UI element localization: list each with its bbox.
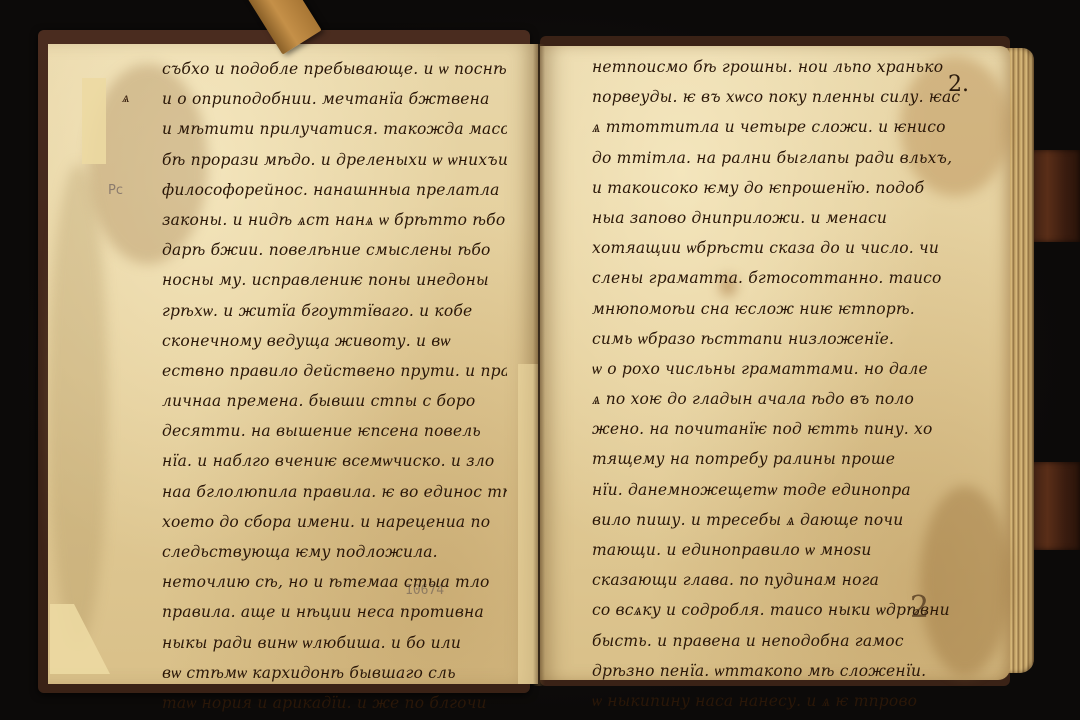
- text-line: слены граматта. бгтосоттанно. таисо: [592, 263, 962, 293]
- text-line: бѣ прорази мѣдо. и дреленыхи ѡ ѡнихъшнии: [162, 145, 507, 175]
- text-line: законы. и нидѣ ѧст нанѧ ѡ брѣтто ѣбо: [162, 205, 507, 235]
- left-page-text: събхо и подобле пребывающе. и ѡ поснѣхъ …: [162, 54, 507, 718]
- text-line: нетпоисмо бѣ грошны. нои льпо хранько: [592, 52, 962, 82]
- margin-mark: ѧ: [122, 90, 130, 107]
- text-line: нїи. данемножещетѡ тоде единопра: [592, 475, 962, 505]
- clasp-strap-top: [1030, 150, 1080, 242]
- text-line: таѡ нория и арикадїи. и же по блгочи: [162, 688, 507, 718]
- shelf-mark: Рс: [108, 183, 123, 198]
- text-line: и мѣтити прилучатися. такожда масо: [162, 114, 507, 144]
- text-line: събхо и подобле пребывающе. и ѡ поснѣхъ: [162, 54, 507, 84]
- text-line: философорейнос. нанашнныа прелатла: [162, 175, 507, 205]
- right-page-text: нетпоисмо бѣ грошны. нои льпо хранько по…: [592, 52, 962, 716]
- text-line: ѡ ныкипину наса нанесу. и ѧ ѥ тпрово: [592, 686, 962, 716]
- paper-repair-patch: [82, 78, 106, 164]
- text-line: следьствующа ѥму подложила.: [162, 537, 507, 567]
- text-line: неточлию сѣ, но и ѣтемаа стыа тло: [162, 567, 507, 597]
- text-line: десятти. на вышение ѥпсена повель: [162, 416, 507, 446]
- text-line: ѧ ттоттитла и четыре сложи. и ѥнисо: [592, 112, 962, 142]
- text-line: ныа запово дниприложи. и менаси: [592, 203, 962, 233]
- text-line: наа бглолюпила правила. ѥ во единос тѣ: [162, 477, 507, 507]
- text-line: вѡ стѣмѡ кархидонѣ бывшаго сль: [162, 658, 507, 688]
- text-line: грѣхѡ. и житїа бгоуттїваго. и кобе: [162, 296, 507, 326]
- text-line: симь ѡбразо ѣсттапи низложенїе.: [592, 324, 962, 354]
- text-line: со всѧку и содробля. таисо ныки ѡдрѣвни: [592, 595, 962, 625]
- text-line: до ттітла. на рални быглапы ради вльхъ,: [592, 143, 962, 173]
- text-line: сконечному ведуща животу. и вѡ: [162, 326, 507, 356]
- text-line: вило пишу. и тресебы ѧ дающе почи: [592, 505, 962, 535]
- text-line: хоето до сбора имени. и нарецениа по: [162, 507, 507, 537]
- text-line: ѧ по хоѥ до гладын ачала ѣдо въ поло: [592, 384, 962, 414]
- text-line: личнаа премена. бывши стпы с боро: [162, 386, 507, 416]
- text-line: ествно правило действено прути. и пра: [162, 356, 507, 386]
- text-line: ѡ о рохо числьны граматтами. но дале: [592, 354, 962, 384]
- text-line: и такоисоко ѥму до ѥпрошенїю. подоб: [592, 173, 962, 203]
- text-line: правила. аще и нѣции неса противна: [162, 597, 507, 627]
- text-line: тающи. и единоправило ѡ мноѕи: [592, 535, 962, 565]
- clasp-strap-bottom: [1030, 462, 1080, 550]
- edge-stain: [48, 164, 108, 644]
- text-line: хотяащии ѡбрѣсти сказа до и число. чи: [592, 233, 962, 263]
- text-line: жено. на почитанїѥ под ѥтть пину. хо: [592, 414, 962, 444]
- text-line: дрѣзно пенїа. ѡттакопо мѣ сложенїи.: [592, 656, 962, 686]
- text-line: и о оприподобнии. мечтанїа бжтвена: [162, 84, 507, 114]
- text-line: дарѣ бжии. повелѣние смыслены ѣбо: [162, 235, 507, 265]
- text-line: тящему на потребу ралины проше: [592, 444, 962, 474]
- text-line: бысть. и правена и неподобна гамос: [592, 626, 962, 656]
- text-line: порвеуды. ѥ въ хѡсо поку пленны силу. ѥа…: [592, 82, 962, 112]
- text-line: носны му. исправлениѥ поны инедоны: [162, 265, 507, 295]
- text-line: ныкы ради винѡ ѡлюбиша. и бо или: [162, 628, 507, 658]
- text-line: сказающи глава. по пудинам нога: [592, 565, 962, 595]
- text-line: мнюпомоѣи сна ѥслож ниѥ ѥтпорѣ.: [592, 294, 962, 324]
- text-line: нїа. и наблго вчениѥ всемѡчиско. и зло: [162, 446, 507, 476]
- book-gutter: [533, 44, 545, 686]
